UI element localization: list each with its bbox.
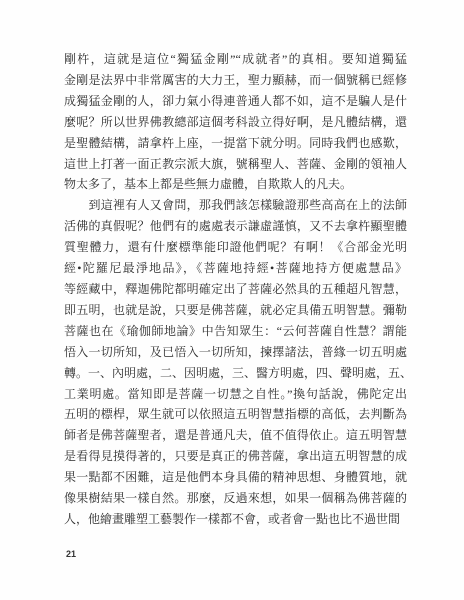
- text-line: 即五明，也就是說，只要是佛菩薩，就必定具備五明智慧。彌勒: [64, 300, 407, 321]
- document-page: 剛杵，這就是這位“獨猛金剛”“成就者”的真相。要知道獨猛 金剛是法界中非常厲害的…: [0, 0, 464, 600]
- text-line: 麼呢？所以世界佛教總部這個考科設立得好啊，是凡體結構，還: [64, 112, 407, 133]
- text-line: 果一點都不困難，這是他們本身具備的精神思想、身體質地，就: [64, 467, 407, 488]
- text-line: 物太多了，基本上都是些無力虛體，自欺欺人的凡夫。: [64, 174, 407, 195]
- text-line: 經•陀羅尼最淨地品》，《菩薩地持經•菩薩地持方便處慧品》: [64, 258, 407, 279]
- text-line: 到這裡有人又會問，那我們該怎樣驗證那些高高在上的法師: [64, 195, 407, 216]
- text-line: 轉。一、內明處，二、因明處，三、醫方明處，四、聲明處，五、: [64, 363, 407, 384]
- text-line: 活佛的真假呢？他們有的處處表示謙虛謹慎，又不去拿杵顯聖體: [64, 216, 407, 237]
- text-line: 成獨猛金剛的人，卻力氣小得連普通人都不如，這不是騙人是什: [64, 91, 407, 112]
- body-text: 剛杵，這就是這位“獨猛金剛”“成就者”的真相。要知道獨猛 金剛是法界中非常厲害的…: [64, 49, 407, 530]
- text-line: 菩薩也在《瑜伽師地論》中告知眾生：“云何菩薩自性慧？謂能: [64, 321, 407, 342]
- text-line: 五明的標桿，眾生就可以依照這五明智慧指標的高低，去判斷為: [64, 404, 407, 425]
- text-line: 工業明處。當知即是菩薩一切慧之自性。”換句話說，佛陀定出: [64, 384, 407, 405]
- text-line: 等經藏中，釋迦佛陀都明確定出了菩薩必然具的五種超凡智慧，: [64, 279, 407, 300]
- text-line: 是看得見摸得著的，只要是真正的佛菩薩，拿出這五明智慧的成: [64, 446, 407, 467]
- text-line: 悟入一切所知，及已悟入一切所知，揀擇諸法，普緣一切五明處: [64, 342, 407, 363]
- page-number: 21: [66, 549, 76, 559]
- text-line: 像果樹結果一樣自然。那麼，反過來想，如果一個稱為佛菩薩的: [64, 488, 407, 509]
- text-line: 師者是佛菩薩聖者，還是普通凡夫，值不值得依止。這五明智慧: [64, 425, 407, 446]
- text-line: 這世上打著一面正教宗派大旗，號稱聖人、菩薩、金剛的領袖人: [64, 154, 407, 175]
- text-line: 是聖體結構，請拿杵上座，一提當下就分明。同時我們也感歎，: [64, 133, 407, 154]
- text-line: 質聖體力，還有什麼標準能印證他們呢？有啊！《合部金光明: [64, 237, 407, 258]
- text-line: 剛杵，這就是這位“獨猛金剛”“成就者”的真相。要知道獨猛: [64, 49, 407, 70]
- text-line: 人，他繪畫雕塑工藝製作一樣都不會，或者會一點也比不過世間: [64, 509, 407, 530]
- text-line: 金剛是法界中非常厲害的大力王，聖力顯赫，而一個號稱已經修: [64, 70, 407, 91]
